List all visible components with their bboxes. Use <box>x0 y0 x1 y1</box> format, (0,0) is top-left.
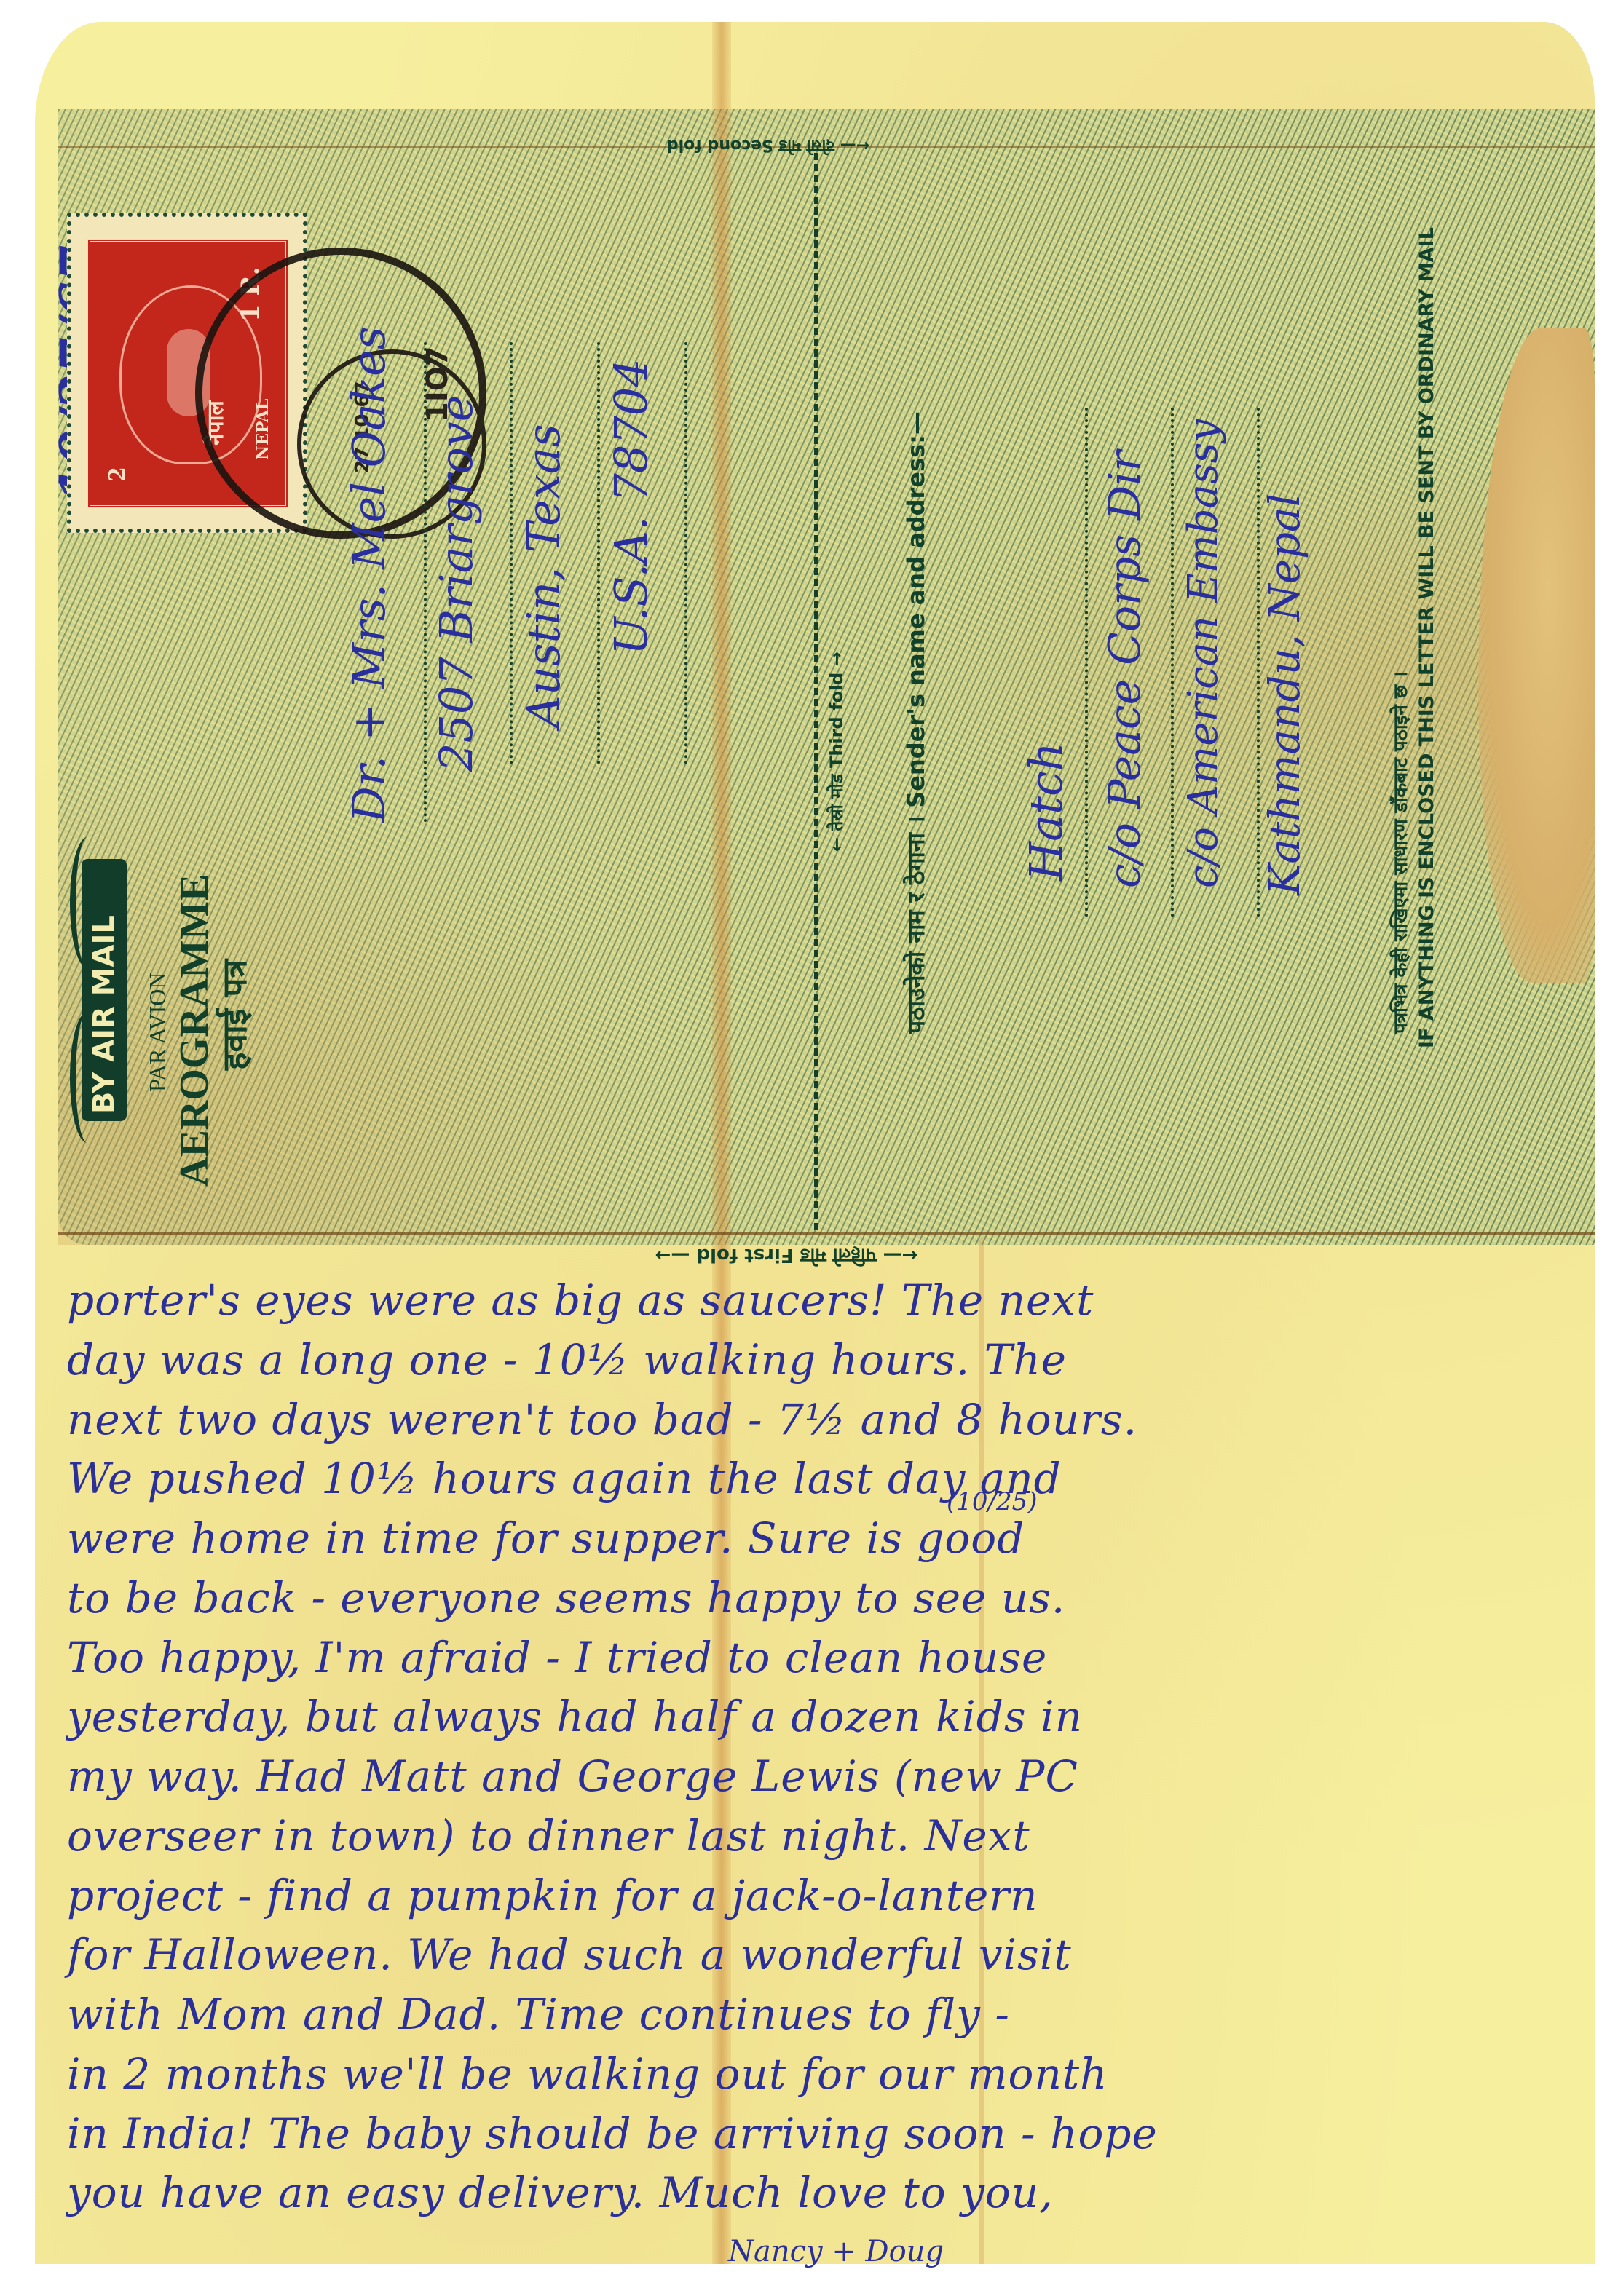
letter-line: yesterday, but always had half a dozen k… <box>67 1692 1574 1741</box>
signature: Nancy + Doug <box>728 2235 944 2268</box>
third-fold-text: तेस्रो मोड Third fold <box>826 673 847 831</box>
airmail-badge: BY AIR MAIL <box>82 859 127 1121</box>
address-line-3-rule <box>597 342 600 764</box>
second-fold-label: ←— दोस्रो मोड Second fold <box>659 135 877 157</box>
sender-line-3: c/o American Embassy <box>1180 419 1227 888</box>
letter-line: my way. Had Matt and George Lewis (new P… <box>67 1751 1574 1801</box>
sender-line-2-rule <box>1171 408 1174 917</box>
aerogramme-title-nepali: हवाई पत्र <box>211 959 256 1070</box>
letter-line: day was a long one - 10½ walking hours. … <box>67 1335 1574 1385</box>
sender-label: पठाउनेको नाम र ठेगाना । Sender's name an… <box>900 411 931 1034</box>
left-arrow-icon: ← <box>826 831 847 852</box>
letter-line: next two days weren't too bad - 7½ and 8… <box>67 1395 1574 1444</box>
first-fold-text: पहिलो मोड First fold <box>696 1244 876 1266</box>
first-fold-label: ←— पहिलो मोड First fold —→ <box>641 1243 932 1270</box>
letter-line: to be back - everyone seems happy to see… <box>67 1573 1574 1623</box>
letter-line: were home in time for supper. Sure is go… <box>67 1513 1574 1563</box>
airmail-badge-text: BY AIR MAIL <box>87 915 121 1114</box>
third-fold-line <box>814 153 818 1230</box>
sender-name: Hatch <box>1019 742 1073 881</box>
letter-line: for Halloween. We had such a wonderful v… <box>67 1930 1574 1979</box>
right-arrow-icon: —→ <box>655 1244 690 1266</box>
recipient-country: U.S.A. 78704 <box>604 358 658 655</box>
letter-line: Too happy, I'm afraid - I tried to clean… <box>67 1633 1574 1682</box>
letter-line: We pushed 10½ hours again the last day a… <box>67 1454 1574 1503</box>
letter-line: with Mom and Dad. Time continues to fly … <box>67 1990 1574 2039</box>
letter-line: porter's eyes were as big as saucers! Th… <box>67 1275 1574 1325</box>
left-arrow-icon: ←— <box>877 1244 918 1266</box>
warning-english: IF ANYTHING IS ENCLOSED THIS LETTER WILL… <box>1416 227 1438 1048</box>
stamp-secondary-value: 2 <box>105 467 130 482</box>
address-line-4-rule <box>684 342 687 764</box>
sender-line-1-rule <box>1085 408 1088 917</box>
sender-line-4: Kathmandu, Nepal <box>1260 494 1309 895</box>
letter-line: in 2 months we'll be walking out for our… <box>67 2049 1574 2099</box>
letter-line: project - find a pumpkin for a jack-o-la… <box>67 1871 1574 1920</box>
letter-line: you have an easy delivery. Much love to … <box>67 2168 1574 2217</box>
recipient-name: Dr. + Mrs. Mel Oakes <box>342 326 395 823</box>
par-avion-text: PAR AVION <box>144 972 171 1092</box>
address-line-1-rule <box>424 342 427 823</box>
letter-line: overseer in town) to dinner last night. … <box>67 1811 1574 1861</box>
letter-line: in India! The baby should be arriving so… <box>67 2109 1574 2158</box>
recipient-city: Austin, Texas <box>517 424 570 728</box>
second-fold-text: दोस्रो मोड Second fold <box>667 136 834 154</box>
left-arrow-icon: ←— <box>840 136 869 154</box>
date-annotation: (10/25) <box>947 1487 1038 1516</box>
third-fold-label: ← तेस्रो मोड Third fold → <box>824 652 848 852</box>
sender-line-2: c/o Peace Corps Dir <box>1100 451 1151 888</box>
vertical-crease <box>712 22 731 2264</box>
right-arrow-icon: → <box>826 652 847 666</box>
first-fold-edge <box>58 1232 1595 1235</box>
recipient-street: 2507 Briargrove <box>430 395 483 772</box>
warning-nepali: पत्रभित्र केही राखिएमा साधारण डाँकबाट पठ… <box>1386 671 1413 1034</box>
address-line-2-rule <box>510 342 513 764</box>
